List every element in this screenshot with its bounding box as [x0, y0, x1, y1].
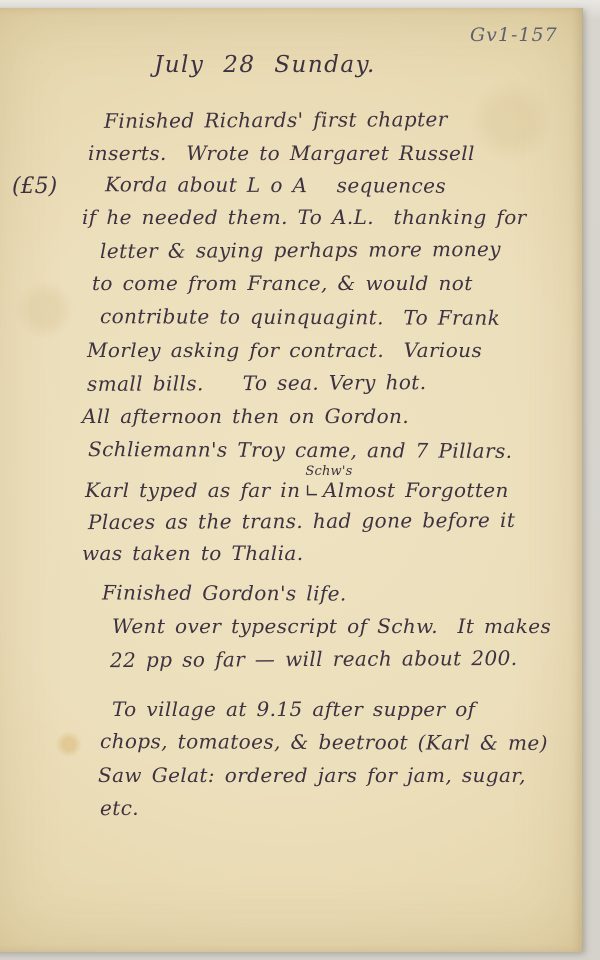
- manuscript-line: Finished Richards' first chapter: [104, 109, 448, 131]
- manuscript-line: To village at 9.15 after supper of: [112, 699, 475, 719]
- manuscript-line: 22 pp so far — will reach about 200.: [110, 648, 518, 670]
- manuscript-line: Saw Gelat: ordered jars for jam, sugar,: [98, 765, 526, 785]
- insertion-group: Schw's∟: [304, 480, 319, 501]
- karl-line-post: Almost Forgotten: [323, 478, 509, 502]
- handwriting-layer: Gv1-157 July 28 Sunday. (£5) Finished Ri…: [0, 8, 582, 952]
- manuscript-line: Korda about L o A sequences: [105, 174, 446, 195]
- manuscript-line: Morley asking for contract. Various: [87, 340, 482, 360]
- manuscript-line: contribute to quinquagint. To Frank: [100, 306, 500, 328]
- manuscript-line: Places as the trans. had gone before it: [88, 510, 515, 532]
- manuscript-line: was taken to Thalia.: [82, 543, 303, 563]
- manuscript-line-with-insertion: Karl typed as far inSchw's∟Almost Forgot…: [85, 480, 509, 501]
- manuscript-line: letter & saying perhaps more money: [100, 239, 501, 261]
- manuscript-line: small bills. To sea. Very hot.: [87, 372, 427, 394]
- manuscript-line: Went over typescript of Schw. It makes: [112, 616, 551, 636]
- manuscript-line: if he needed them. To A.L. thanking for: [82, 207, 527, 227]
- manuscript-line: All afternoon then on Gordon.: [82, 406, 409, 426]
- date-heading: July 28 Sunday.: [154, 54, 376, 77]
- manuscript-line: etc.: [100, 798, 139, 818]
- catalog-number: Gv1-157: [470, 24, 558, 46]
- scanned-manuscript-page: Gv1-157 July 28 Sunday. (£5) Finished Ri…: [0, 0, 600, 960]
- manuscript-line: to come from France, & would not: [92, 273, 473, 293]
- margin-note-amount: (£5): [12, 174, 57, 199]
- insertion-caret-mark: ∟: [304, 481, 319, 502]
- manuscript-line: chops, tomatoes, & beetroot (Karl & me): [100, 731, 548, 753]
- manuscript-line: Finished Gordon's life.: [102, 582, 347, 603]
- manuscript-line: inserts. Wrote to Margaret Russell: [88, 143, 475, 163]
- manuscript-line: Schliemann's Troy came, and 7 Pillars.: [88, 439, 513, 461]
- karl-line-pre: Karl typed as far in: [85, 478, 300, 502]
- inserted-word-above: Schw's: [305, 465, 352, 478]
- paper-sheet: Gv1-157 July 28 Sunday. (£5) Finished Ri…: [0, 8, 583, 952]
